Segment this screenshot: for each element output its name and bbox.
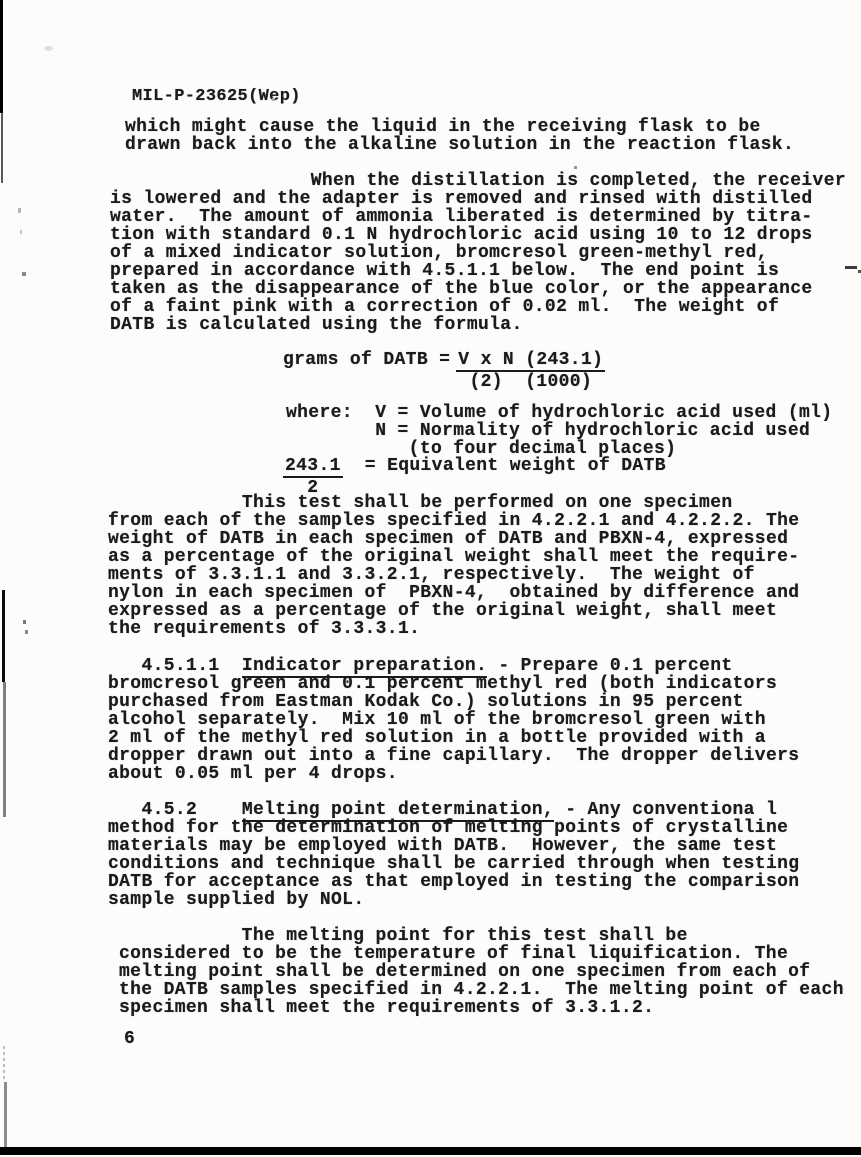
scan-artifact-speck-4 xyxy=(20,230,22,234)
equivalent-weight-text: = Equivalent weight of DATB xyxy=(365,457,666,475)
scan-artifact-colon-mark-bottom xyxy=(25,630,28,634)
paragraph-melting-point: The melting point for this test shall be… xyxy=(119,927,844,1017)
section-452-number: 4.5.2 xyxy=(108,800,242,820)
document-spec-number: MIL-P-23625(Wep) xyxy=(132,88,301,106)
section-452-heading: 4.5.2 Melting point determination, - Any… xyxy=(108,801,777,819)
scan-artifact-speck-5 xyxy=(22,272,26,276)
paragraph-intro: which might cause the liquid in the rece… xyxy=(125,118,794,154)
formula-numerator: V x N (243.1) xyxy=(456,351,605,372)
scan-artifact-left-line-top xyxy=(0,0,3,113)
section-4511-heading-rest: - Prepare 0.1 percent xyxy=(487,656,732,676)
paragraph-distillation: When the distillation is completed, the … xyxy=(110,172,846,334)
equivalent-weight-numerator: 243.1 xyxy=(283,457,343,478)
equivalent-weight-line: 243.1 2 = Equivalent weight of DATB xyxy=(283,457,666,497)
paragraph-test-specimens: This test shall be performed on one spec… xyxy=(108,494,799,638)
formula-fraction: V x N (243.1) (2) (1000) xyxy=(456,351,605,391)
section-452-body: method for the determination of melting … xyxy=(108,819,799,909)
scan-artifact-speck-2 xyxy=(574,166,577,169)
scan-artifact-left-line-bottom xyxy=(4,1082,7,1155)
scan-artifact-colon-mark-top xyxy=(23,620,26,624)
scan-artifact-speck-1 xyxy=(272,98,275,101)
section-4511-number: 4.5.1.1 xyxy=(108,656,242,676)
scan-artifact-left-line-mid xyxy=(2,590,5,682)
equivalent-weight-fraction: 243.1 2 xyxy=(283,457,343,497)
scan-artifact-bottom-bar xyxy=(0,1147,861,1155)
section-452-heading-rest: - Any conventiona l xyxy=(554,800,777,820)
scan-artifact-left-line-lower xyxy=(3,682,6,817)
scan-artifact-speck-3 xyxy=(18,208,21,213)
scan-artifact-right-dash xyxy=(845,266,857,269)
scanned-document-page: MIL-P-23625(Wep) which might cause the l… xyxy=(0,0,861,1157)
formula-denominator: (2) (1000) xyxy=(469,372,592,391)
formula-grams-of-datb: grams of DATB = V x N (243.1) (2) (1000) xyxy=(283,351,605,391)
scan-artifact-smudge xyxy=(44,46,53,51)
scan-artifact-left-dotted xyxy=(3,1046,5,1082)
formula-lhs: grams of DATB = xyxy=(283,351,450,369)
page-number: 6 xyxy=(124,1030,135,1048)
section-4511-heading: 4.5.1.1 Indicator preparation. - Prepare… xyxy=(108,657,733,675)
section-4511-body: bromcresol green and 0.1 percent methyl … xyxy=(108,675,799,783)
scan-artifact-left-line-upper xyxy=(1,113,3,183)
formula-where-definitions: where: V = Volume of hydrochloric acid u… xyxy=(286,404,832,458)
